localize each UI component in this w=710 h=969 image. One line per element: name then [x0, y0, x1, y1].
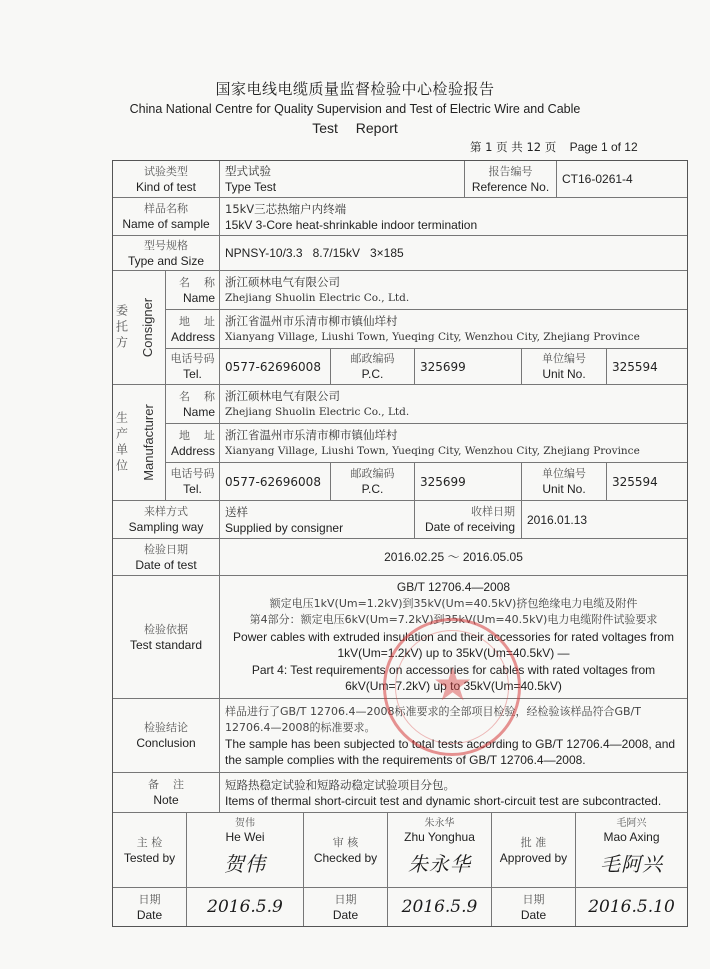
test-standard-value: GB/T 12706.4—2008额定电压1kV(Um=1.2kV)到35kV(… [220, 576, 687, 699]
role-label-en: Tested by [124, 850, 175, 866]
date-label-cn: 日期 [139, 892, 161, 907]
consigner-pc-label: 邮政编码 P.C. [331, 349, 415, 385]
test-standard-label-en: Test standard [130, 637, 202, 653]
unit-label-cn: 单位编号 [542, 466, 586, 481]
note-value: 短路热稳定试验和短路动稳定试验项目分包。 Items of thermal sh… [220, 773, 687, 813]
signer-name-en: He Wei [225, 830, 264, 844]
handwritten-signature: 毛阿兴 [600, 848, 663, 877]
unit-label-en: Unit No. [542, 481, 585, 497]
role-label-en: Checked by [314, 850, 377, 866]
test-standard-line: Part 4: Test requirements on accessories… [252, 662, 655, 679]
signed-date: 2016.5.9 [207, 897, 283, 917]
test-standard-line: Power cables with extruded insulation an… [233, 629, 674, 646]
handwritten-date: 2016.5.9 [388, 888, 492, 926]
manufacturer-name-label: 名 称 Name [166, 385, 220, 424]
handwritten-date: 2016.5.10 [576, 888, 687, 926]
sampling-value-en: Supplied by consigner [225, 520, 343, 536]
consigner-tel-label: 电话号码 Tel. [166, 349, 220, 385]
reference-no-value: CT16-0261-4 [557, 161, 687, 198]
sampling-label-cn: 来样方式 [144, 504, 188, 519]
manufacturer-label-cn: 生产单位 [114, 411, 131, 475]
manufacturer-name-value: 浙江硕林电气有限公司 Zhejiang Shuolin Electric Co.… [220, 385, 687, 424]
date-label-en: Date [137, 907, 162, 923]
role-label-en: Approved by [500, 850, 567, 866]
name-label-cn: 名 称 [179, 389, 215, 404]
type-size-value-text: NPNSY-10/3.3 8.7/15kV 3×185 [225, 245, 404, 261]
manufacturer-pc-value: 325699 [415, 463, 522, 501]
manufacturer-address-value: 浙江省温州市乐清市柳市镇仙垟村 Xianyang Village, Liushi… [220, 424, 687, 463]
conclusion-text-cn: 样品进行了GB/T 12706.4—2008标准要求的全部项目检验，经检验该样品… [225, 704, 681, 736]
consigner-label-cn-cell: 委托方 [113, 271, 131, 385]
consigner-unit-value: 325594 [607, 349, 687, 385]
conclusion-text-en: The sample has been subjected to total t… [225, 736, 681, 768]
type-size-value: NPNSY-10/3.3 8.7/15kV 3×185 [220, 236, 687, 271]
kind-of-test-label-cn: 试验类型 [144, 164, 188, 179]
test-standard-line: 1kV(Um=1.2kV) up to 35kV(Um=40.5kV) — [337, 645, 569, 662]
handwritten-signature: 贺伟 [224, 848, 266, 877]
kind-of-test-label-en: Kind of test [136, 179, 196, 195]
sample-name-value: 15kV三芯热缩户内终端 15kV 3-Core heat-shrinkable… [220, 198, 687, 236]
sample-name-value-en: 15kV 3-Core heat-shrinkable indoor termi… [225, 217, 477, 233]
consigner-tel-value: 0577-62696008 [220, 349, 331, 385]
reference-value: CT16-0261-4 [562, 171, 633, 187]
date-label: 日期Date [304, 888, 388, 926]
manufacturer-name-en: Zhejiang Shuolin Electric Co., Ltd. [225, 404, 409, 420]
manufacturer-address-cn: 浙江省温州市乐清市柳市镇仙垟村 [225, 427, 398, 443]
name-label-cn: 名 称 [179, 275, 215, 290]
signer-name-cn: 朱永华 [425, 817, 455, 830]
reference-no-label: 报告编号 Reference No. [465, 161, 557, 198]
test-standard-line: 第4部分：额定电压6kV(Um=7.2kV)到35kV(Um=40.5kV)电力… [250, 612, 658, 629]
test-date: 2016.02.25 ～ 2016.05.05 [384, 549, 523, 565]
report-table: 试验类型 Kind of test 型式试验 Type Test 报告编号 Re… [112, 160, 688, 927]
consigner-address-en: Xianyang Village, Liushi Town, Yueqing C… [225, 329, 640, 345]
note-label-cn: 备 注 [148, 777, 184, 792]
consigner-label-en: Consigner [141, 298, 156, 357]
manufacturer-address-label: 地 址 Address [166, 424, 220, 463]
consigner-unit-label: 单位编号 Unit No. [522, 349, 607, 385]
test-standard-label: 检验依据 Test standard [113, 576, 220, 699]
tel-label-cn: 电话号码 [171, 351, 215, 366]
test-date-label: 检验日期 Date of test [113, 539, 220, 576]
tel-label-en: Tel. [183, 366, 202, 382]
receiving-label-cn: 收样日期 [471, 504, 515, 519]
consigner-label-en-cell: Consigner [131, 271, 166, 385]
signed-date: 2016.5.10 [588, 897, 675, 917]
signer-name-en: Zhu Yonghua [404, 830, 475, 844]
type-size-label-cn: 型号规格 [144, 238, 188, 253]
manufacturer-tel-value: 0577-62696008 [220, 463, 331, 501]
note-label-en: Note [153, 792, 178, 808]
sample-name-label-en: Name of sample [122, 216, 209, 232]
name-label-en: Name [183, 290, 215, 306]
date-label: 日期Date [492, 888, 576, 926]
consigner-pc-value: 325699 [415, 349, 522, 385]
consigner-name-label: 名 称 Name [166, 271, 220, 310]
pc-label-en: P.C. [362, 366, 384, 382]
kind-of-test-value-en: Type Test [225, 179, 276, 195]
kind-of-test-value: 型式试验 Type Test [220, 161, 465, 198]
receiving-date: 2016.01.13 [527, 512, 587, 528]
kind-of-test-label: 试验类型 Kind of test [113, 161, 220, 198]
type-size-label: 型号规格 Type and Size [113, 236, 220, 271]
consigner-address-cn: 浙江省温州市乐清市柳市镇仙垟村 [225, 313, 398, 329]
manufacturer-pc: 325699 [420, 475, 466, 489]
sample-name-label: 样品名称 Name of sample [113, 198, 220, 236]
signature-name-cell: 朱永华Zhu Yonghua朱永华 [388, 813, 492, 888]
conclusion-value: 样品进行了GB/T 12706.4—2008标准要求的全部项目检验，经检验该样品… [220, 699, 687, 773]
test-standard-line: 额定电压1kV(Um=1.2kV)到35kV(Um=40.5kV)挤包绝缘电力电… [270, 596, 638, 613]
report-subtitle: Test Report [0, 120, 710, 136]
manufacturer-unit-no: 325594 [612, 475, 658, 489]
page-indicator: 第 1 页 共 12 页 Page 1 of 12 [470, 139, 638, 155]
note-text-en: Items of thermal short-circuit test and … [225, 793, 661, 809]
conclusion-label-en: Conclusion [136, 735, 195, 751]
address-label-cn: 地 址 [179, 314, 215, 329]
date-label-en: Date [333, 907, 358, 923]
kind-of-test-value-cn: 型式试验 [225, 163, 271, 179]
address-label-cn: 地 址 [179, 428, 215, 443]
test-date-value: 2016.02.25 ～ 2016.05.05 [220, 539, 687, 576]
consigner-address-value: 浙江省温州市乐清市柳市镇仙垟村 Xianyang Village, Liushi… [220, 310, 687, 349]
signature-name-cell: 毛阿兴Mao Axing毛阿兴 [576, 813, 687, 888]
receiving-label-en: Date of receiving [425, 519, 515, 535]
receiving-date-value: 2016.01.13 [522, 501, 687, 539]
consigner-name-en: Zhejiang Shuolin Electric Co., Ltd. [225, 290, 409, 306]
test-standard-line: 6kV(Um=7.2kV) up to 35kV(Um=40.5kV) [345, 678, 562, 695]
consigner-tel: 0577-62696008 [225, 360, 321, 374]
manufacturer-unit-label: 单位编号 Unit No. [522, 463, 607, 501]
name-label-en: Name [183, 404, 215, 420]
manufacturer-address-en: Xianyang Village, Liushi Town, Yueqing C… [225, 443, 640, 459]
pc-label-cn: 邮政编码 [351, 351, 395, 366]
receiving-date-label: 收样日期 Date of receiving [415, 501, 522, 539]
role-label-cn: 主 检 [137, 835, 163, 850]
page-indicator-en: Page 1 of 12 [570, 140, 638, 154]
signer-name-en: Mao Axing [603, 830, 659, 844]
type-size-label-en: Type and Size [128, 253, 204, 269]
manufacturer-tel-label: 电话号码 Tel. [166, 463, 220, 501]
manufacturer-name-cn: 浙江硕林电气有限公司 [225, 388, 340, 404]
reference-label-en: Reference No. [472, 179, 549, 195]
signed-date: 2016.5.9 [402, 897, 478, 917]
sampling-way-value: 送样 Supplied by consigner [220, 501, 415, 539]
signature-name-cell: 贺伟He Wei贺伟 [187, 813, 304, 888]
signer-name-cn: 贺伟 [235, 817, 255, 830]
test-date-label-en: Date of test [135, 557, 196, 573]
address-label-en: Address [171, 443, 215, 459]
manufacturer-label-en-cell: Manufacturer [131, 385, 166, 501]
manufacturer-label-cn-cell: 生产单位 [113, 385, 131, 501]
report-title-en: China National Centre for Quality Superv… [0, 102, 710, 116]
consigner-label-cn: 委托方 [114, 304, 131, 352]
page-indicator-cn: 第 1 页 共 12 页 [470, 140, 556, 154]
manufacturer-pc-label: 邮政编码 P.C. [331, 463, 415, 501]
consigner-name-value: 浙江硕林电气有限公司 Zhejiang Shuolin Electric Co.… [220, 271, 687, 310]
test-standard-line: GB/T 12706.4—2008 [397, 579, 510, 596]
role-label-cn: 批 准 [521, 835, 547, 850]
role-label-cn: 审 核 [333, 835, 359, 850]
signature-role-label: 审 核Checked by [304, 813, 388, 888]
sampling-value-cn: 送样 [225, 504, 248, 520]
reference-label-cn: 报告编号 [489, 164, 533, 179]
manufacturer-tel: 0577-62696008 [225, 475, 321, 489]
consigner-pc: 325699 [420, 360, 466, 374]
note-label: 备 注 Note [113, 773, 220, 813]
sample-name-label-cn: 样品名称 [144, 201, 188, 216]
test-date-label-cn: 检验日期 [144, 542, 188, 557]
signature-role-label: 批 准Approved by [492, 813, 576, 888]
signature-role-label: 主 检Tested by [113, 813, 187, 888]
consigner-address-label: 地 址 Address [166, 310, 220, 349]
pc-label-en: P.C. [362, 481, 384, 497]
sample-name-value-cn: 15kV三芯热缩户内终端 [225, 201, 346, 217]
report-title-cn: 国家电线电缆质量监督检验中心检验报告 [0, 78, 710, 99]
conclusion-label: 检验结论 Conclusion [113, 699, 220, 773]
signer-name-cn: 毛阿兴 [617, 817, 647, 830]
unit-label-cn: 单位编号 [542, 351, 586, 366]
conclusion-label-cn: 检验结论 [144, 720, 188, 735]
handwritten-date: 2016.5.9 [187, 888, 304, 926]
pc-label-cn: 邮政编码 [351, 466, 395, 481]
tel-label-en: Tel. [183, 481, 202, 497]
unit-label-en: Unit No. [542, 366, 585, 382]
date-label-cn: 日期 [335, 892, 357, 907]
date-label-en: Date [521, 907, 546, 923]
date-label: 日期Date [113, 888, 187, 926]
test-standard-label-cn: 检验依据 [144, 622, 188, 637]
manufacturer-label-en: Manufacturer [141, 404, 156, 481]
sampling-way-label: 来样方式 Sampling way [113, 501, 220, 539]
note-text-cn: 短路热稳定试验和短路动稳定试验项目分包。 [225, 777, 455, 793]
consigner-unit-no: 325594 [612, 360, 658, 374]
sampling-label-en: Sampling way [129, 519, 204, 535]
tel-label-cn: 电话号码 [171, 466, 215, 481]
consigner-name-cn: 浙江硕林电气有限公司 [225, 274, 340, 290]
address-label-en: Address [171, 329, 215, 345]
date-label-cn: 日期 [523, 892, 545, 907]
handwritten-signature: 朱永华 [408, 848, 471, 877]
manufacturer-unit-value: 325594 [607, 463, 687, 501]
